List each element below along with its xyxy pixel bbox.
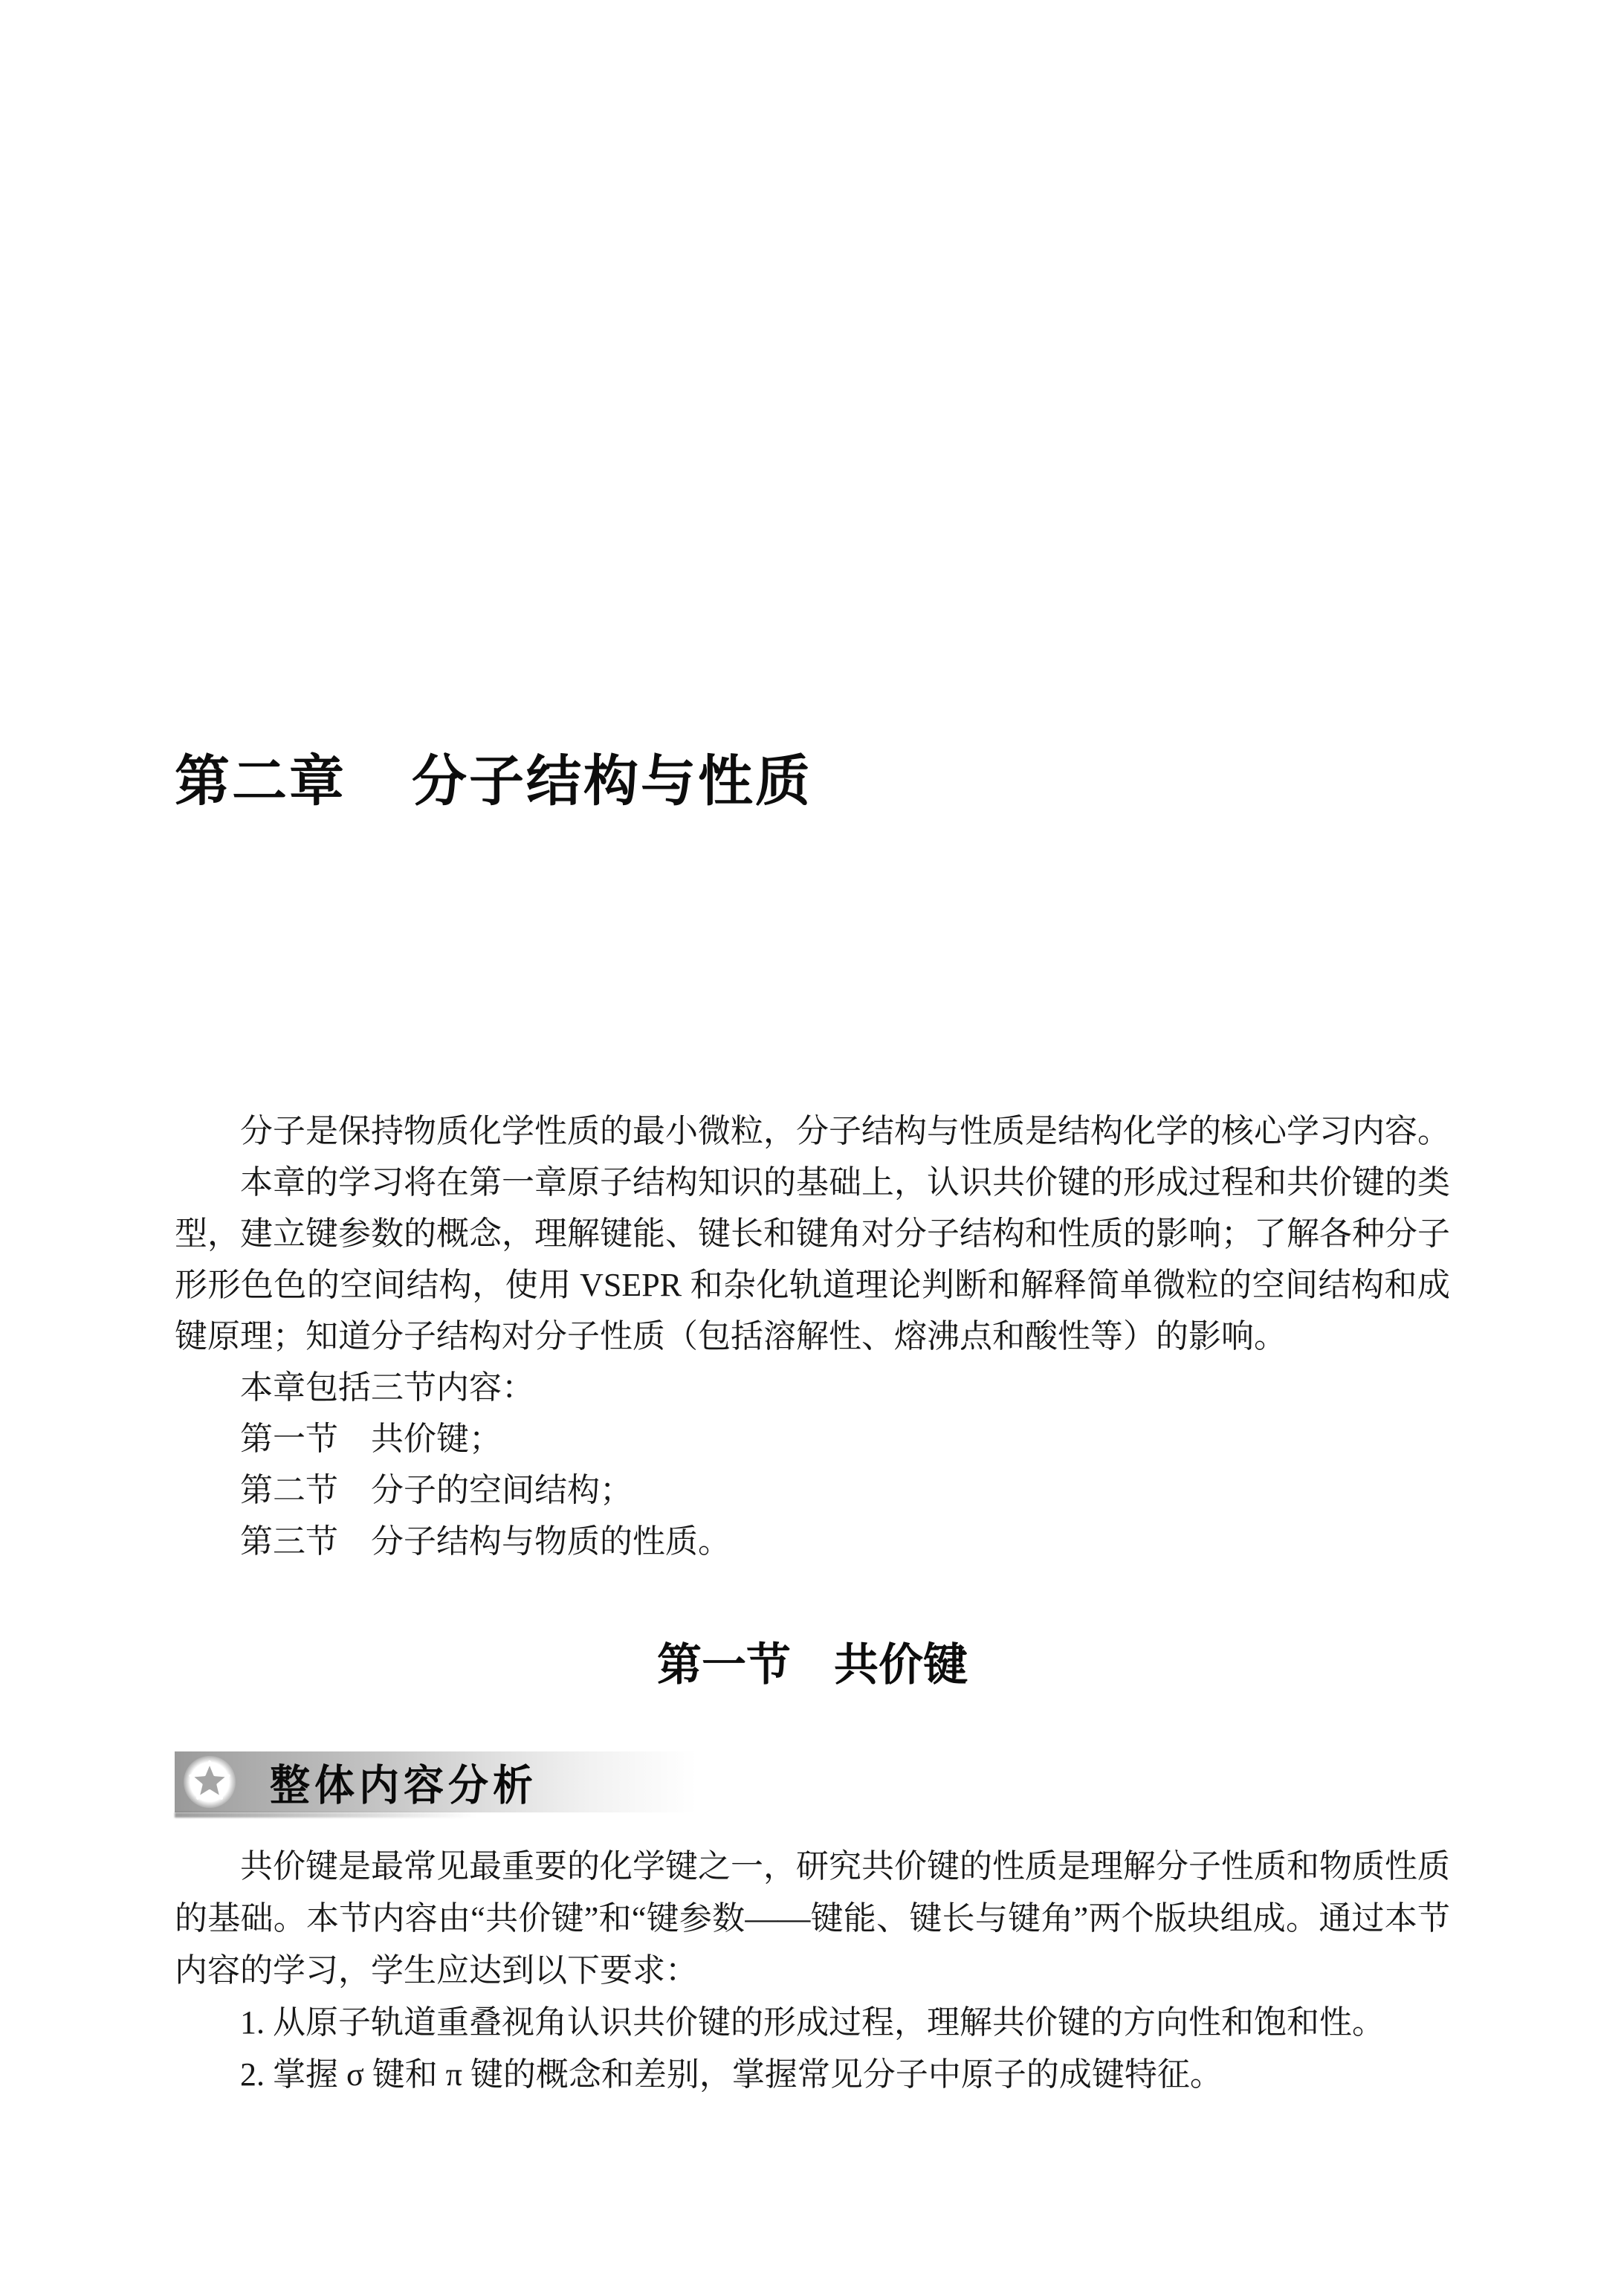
intro-paragraph: 分子是保持物质化学性质的最小微粒，分子结构与性质是结构化学的核心学习内容。: [175, 1105, 1450, 1157]
section-list-item: 第二节 分子的空间结构；: [175, 1465, 1450, 1516]
analysis-banner-label: 整体内容分析: [270, 1752, 537, 1812]
section-list-item: 第三节 分子结构与物质的性质。: [175, 1516, 1450, 1567]
section-list-item: 第一节 共价键；: [175, 1413, 1450, 1465]
section-heading: 第一节共价键: [175, 1630, 1450, 1693]
section-title: 共价键: [834, 1641, 968, 1690]
chapter-number: 第二章: [175, 752, 346, 813]
analysis-paragraph: 共价键是最常见最重要的化学键之一，研究共价键的性质是理解分子性质和物质性质的基础…: [175, 1841, 1450, 1997]
chapter-intro: 分子是保持物质化学性质的最小微粒，分子结构与性质是结构化学的核心学习内容。 本章…: [175, 1105, 1450, 1567]
chapter-heading: 第二章分子结构与性质: [175, 737, 812, 816]
intro-paragraph: 本章的学习将在第一章原子结构知识的基础上，认识共价键的形成过程和共价键的类型，建…: [175, 1157, 1450, 1362]
textbook-page: 第二章分子结构与性质 分子是保持物质化学性质的最小微粒，分子结构与性质是结构化学…: [0, 0, 1624, 2283]
section-number: 第一节: [657, 1641, 791, 1690]
intro-paragraph: 本章包括三节内容：: [175, 1362, 1450, 1413]
analysis-content: 共价键是最常见最重要的化学键之一，研究共价键的性质是理解分子性质和物质性质的基础…: [175, 1841, 1450, 2101]
requirement-item: 1. 从原子轨道重叠视角认识共价键的形成过程，理解共价键的方向性和饱和性。: [175, 1997, 1450, 2049]
chapter-title: 分子结构与性质: [412, 752, 812, 813]
star-icon: [179, 1751, 240, 1812]
analysis-banner: 整体内容分析: [175, 1751, 696, 1812]
requirement-item: 2. 掌握 σ 键和 π 键的概念和差别，掌握常见分子中原子的成键特征。: [175, 2049, 1450, 2101]
